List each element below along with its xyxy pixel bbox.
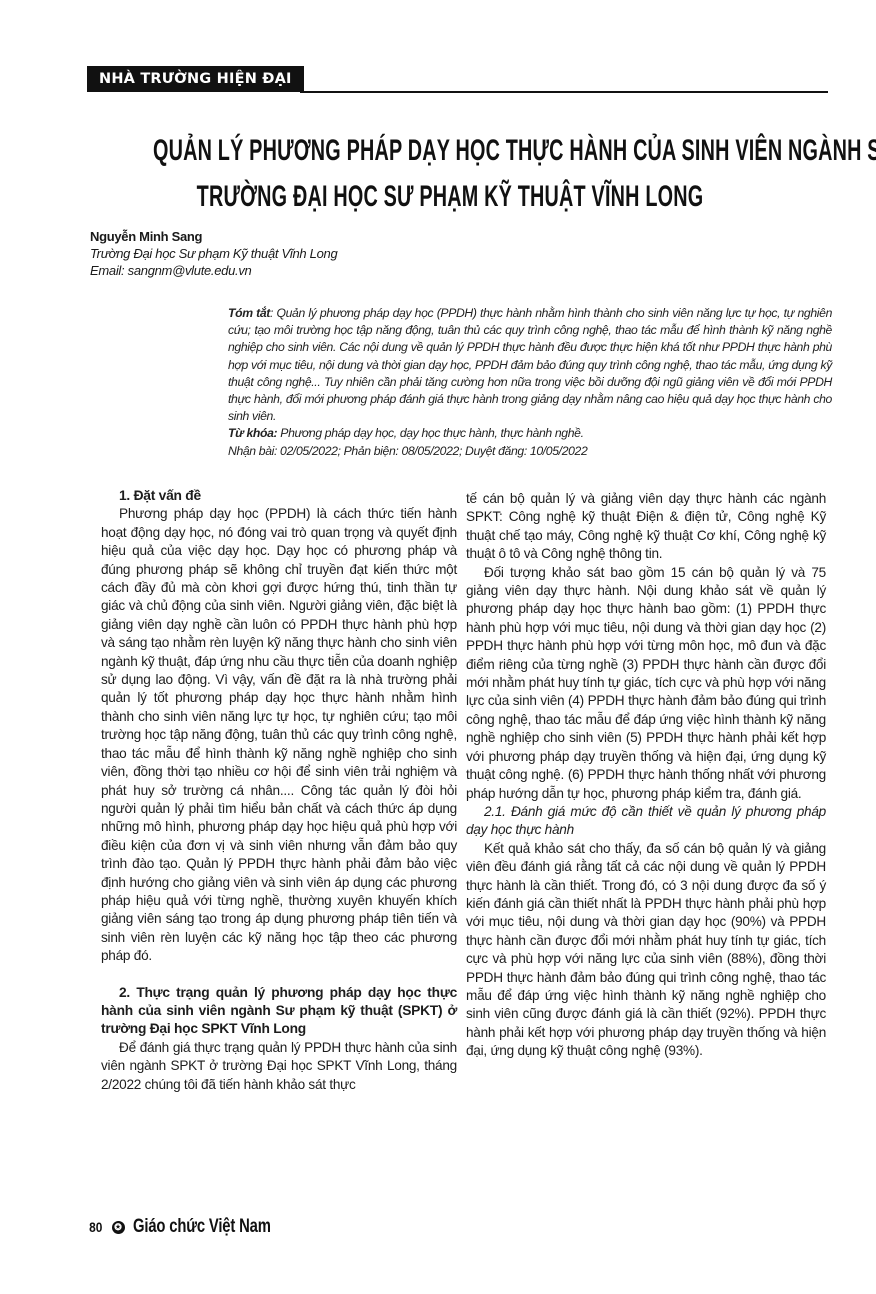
keywords: Từ khóa: Phương pháp dạy học, dạy học th… — [228, 425, 832, 442]
star-circle-icon: ✪ — [112, 1221, 125, 1234]
title-line-2: TRƯỜNG ĐẠI HỌC SƯ PHẠM KỸ THUẬT VĨNH LON… — [153, 174, 747, 220]
journal-name: Giáo chức Việt Nam — [133, 1216, 271, 1238]
section-divider — [300, 91, 828, 93]
keywords-text: Phương pháp dạy học, dạy học thực hành, … — [277, 426, 583, 440]
section-tag: NHÀ TRƯỜNG HIỆN ĐẠI — [87, 66, 304, 92]
right-column: tế cán bộ quản lý và giảng viên dạy thực… — [466, 490, 826, 1061]
author-block: Nguyễn Minh Sang Trường Đại học Sư phạm … — [90, 228, 337, 279]
abstract-text: : Quản lý phương pháp dạy học (PPDH) thự… — [228, 306, 832, 423]
article-title: QUẢN LÝ PHƯƠNG PHÁP DẠY HỌC THỰC HÀNH CỦ… — [0, 128, 876, 220]
body-paragraph: Để đánh giá thực trạng quản lý PPDH thực… — [101, 1039, 457, 1094]
article-dates: Nhận bài: 02/05/2022; Phản biện: 08/05/2… — [228, 443, 832, 460]
abstract-label: Tóm tắt — [228, 306, 270, 320]
page-number: 80 — [89, 1219, 102, 1235]
abstract: Tóm tắt: Quản lý phương pháp dạy học (PP… — [228, 305, 832, 460]
body-paragraph-continued: tế cán bộ quản lý và giảng viên dạy thực… — [466, 490, 826, 564]
abstract-paragraph: Tóm tắt: Quản lý phương pháp dạy học (PP… — [228, 305, 832, 425]
keywords-label: Từ khóa: — [228, 426, 277, 440]
author-affiliation: Trường Đại học Sư phạm Kỹ thuật Vĩnh Lon… — [90, 245, 337, 262]
page-footer: 80 ✪ Giáo chức Việt Nam — [88, 1216, 309, 1238]
title-line-1: QUẢN LÝ PHƯƠNG PHÁP DẠY HỌC THỰC HÀNH CỦ… — [153, 128, 747, 174]
subsection-heading: 2.1. Đánh giá mức độ cần thiết về quản l… — [466, 803, 826, 840]
left-column: 1. Đặt vấn đề Phương pháp dạy học (PPDH)… — [101, 487, 457, 1094]
author-email: Email: sangnm@vlute.edu.vn — [90, 262, 337, 279]
section-heading-2: 2. Thực trạng quản lý phương pháp dạy họ… — [101, 984, 457, 1039]
body-paragraph: Kết quả khảo sát cho thấy, đa số cán bộ … — [466, 840, 826, 1061]
section-heading-1: 1. Đặt vấn đề — [101, 487, 457, 505]
body-paragraph: Phương pháp dạy học (PPDH) là cách thức … — [101, 505, 457, 965]
author-name: Nguyễn Minh Sang — [90, 228, 337, 245]
body-paragraph: Đối tượng khảo sát bao gồm 15 cán bộ quả… — [466, 564, 826, 803]
